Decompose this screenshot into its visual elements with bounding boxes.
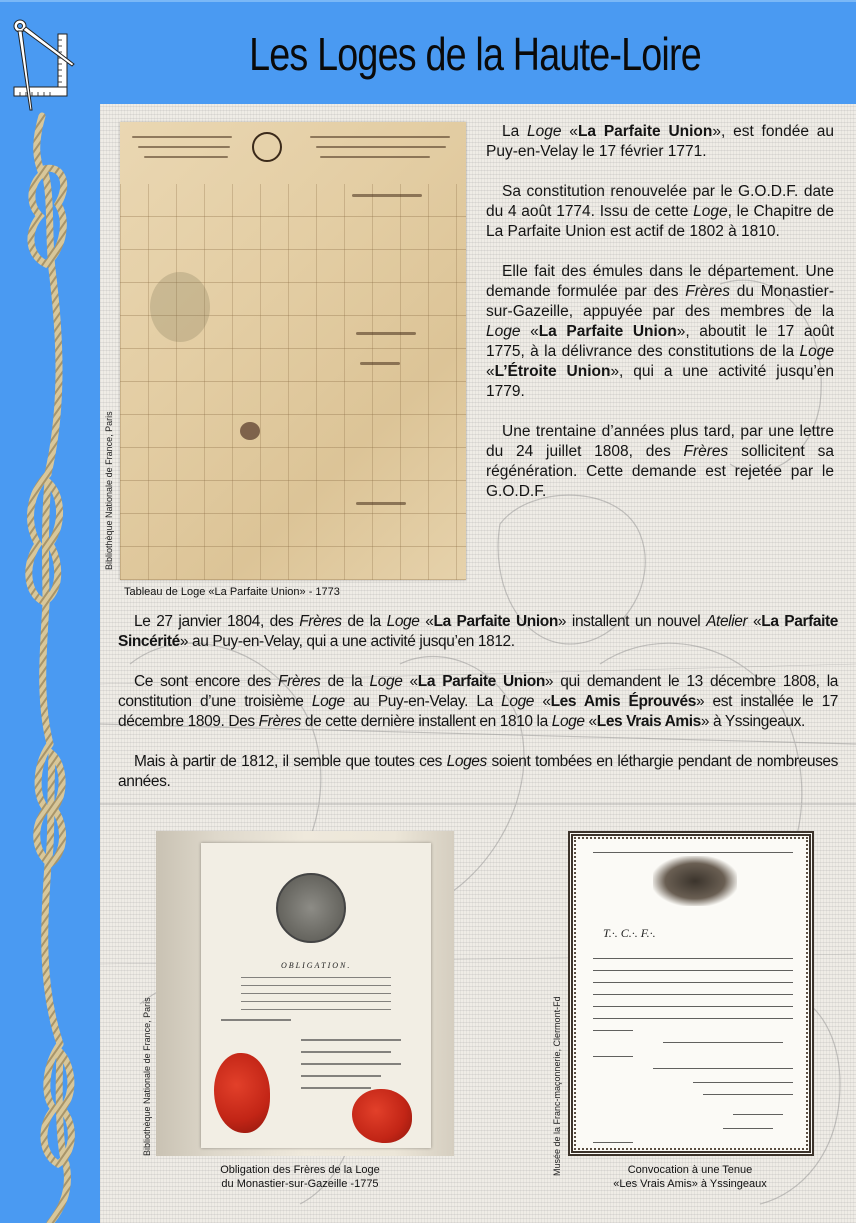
- paragraph: Mais à partir de 1812, il semble que tou…: [118, 752, 838, 792]
- paragraph: Sa constitution renouvelée par le G.O.D.…: [486, 182, 834, 242]
- paragraph: Le 27 janvier 1804, des Frères de la Log…: [118, 612, 838, 652]
- paragraph: Ce sont encore des Frères de la Loge «La…: [118, 672, 838, 732]
- seal-monogram: [252, 132, 282, 162]
- figure-credit: Bibliothèque Nationale de France, Paris: [104, 411, 114, 570]
- knotted-rope-border: [0, 104, 100, 1223]
- figure-caption: Tableau de Loge «La Parfaite Union» - 17…: [124, 585, 374, 599]
- figure-obligation-image: OBLIGATION.: [156, 831, 454, 1156]
- paragraph: La Loge «La Parfaite Union», est fondée …: [486, 122, 834, 162]
- figure-caption: Obligation des Frères de la Loge du Mona…: [180, 1163, 420, 1191]
- figure-credit: Musée de la Franc-maçonnerie, Clermont-F…: [552, 996, 562, 1176]
- figure-caption: Convocation à une Tenue «Les Vrais Amis»…: [560, 1163, 820, 1191]
- intro-text: La Loge «La Parfaite Union», est fondée …: [486, 122, 834, 522]
- engraved-vignette: [653, 856, 737, 906]
- paragraph: Une trentaine d’années plus tard, par un…: [486, 422, 834, 502]
- figure-credit: Bibliothèque Nationale de France, Paris: [142, 997, 152, 1156]
- paragraph: Elle fait des émules dans le département…: [486, 262, 834, 402]
- wax-seal: [352, 1089, 412, 1143]
- content-panel: Bibliothèque Nationale de France, Paris …: [100, 104, 856, 1223]
- figure-convocation-image: T.·. C.·. F.·.: [568, 831, 814, 1156]
- page-title: Les Loges de la Haute-Loire: [209, 26, 742, 82]
- body-text: Le 27 janvier 1804, des Frères de la Log…: [118, 612, 838, 812]
- engraved-medallion: [276, 873, 346, 943]
- figure-tableau-de-loge-image: [120, 122, 466, 580]
- page-header: Les Loges de la Haute-Loire: [0, 0, 856, 104]
- square-and-compass-icon: [6, 12, 76, 112]
- wax-seal: [214, 1053, 270, 1133]
